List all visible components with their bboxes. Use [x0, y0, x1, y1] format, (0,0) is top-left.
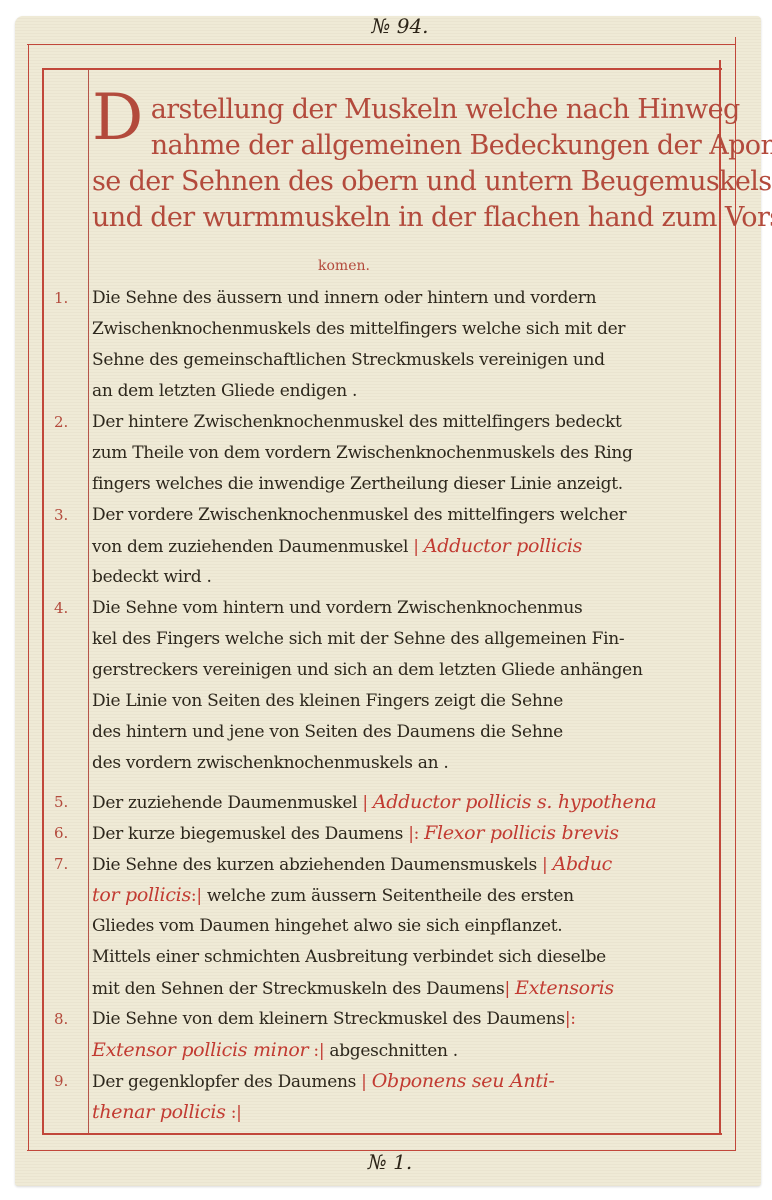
inner-frame-left: [42, 68, 44, 1134]
title-line: se der Sehnen des obern und untern Beuge…: [92, 164, 752, 200]
latin-term: Extensoris: [515, 977, 614, 999]
line-text: zum Theile von dem vordern Zwischenknoch…: [92, 443, 633, 463]
line-text: Der hintere Zwischenknochenmuskel des mi…: [92, 412, 622, 432]
latin-term: Abduc: [553, 853, 612, 875]
entry-line: an dem letzten Gliede endigen .: [92, 376, 357, 406]
divider-mark: :|: [313, 1041, 324, 1061]
line-text: Der kurze biegemuskel des Daumens: [92, 824, 403, 844]
entry-line: Die Sehne des äussern und innern oder hi…: [92, 283, 596, 313]
line-text: des hintern und jene von Seiten des Daum…: [92, 722, 563, 742]
latin-term: Adductor pollicis: [424, 535, 582, 557]
line-text: Mittels einer schmichten Ausbreitung ver…: [92, 947, 606, 967]
entry-number: 8.: [54, 1004, 80, 1034]
divider-mark: |:: [565, 1009, 576, 1029]
entry-line: zum Theile von dem vordern Zwischenknoch…: [92, 438, 633, 468]
line-text: fingers welches die inwendige Zertheilun…: [92, 474, 623, 494]
entry-number: 6.: [54, 818, 80, 848]
line-text: Der gegenklopfer des Daumens: [92, 1072, 356, 1092]
title-line: nahme der allgemeinen Bedeckungen der Ap…: [92, 128, 752, 164]
entry-line: Die Sehne vom hintern und vordern Zwisch…: [92, 593, 582, 623]
outer-frame-left: [28, 45, 29, 1151]
entry-number: 9.: [54, 1066, 80, 1096]
entry-line: von dem zuziehenden Daumenmuskel | Adduc…: [92, 531, 582, 561]
divider-mark: |: [413, 537, 418, 557]
entry-number: 7.: [54, 849, 80, 879]
title-line: arstellung der Muskeln welche nach Hinwe…: [92, 92, 752, 128]
line-text: abgeschnitten .: [329, 1041, 458, 1061]
entry-number: 5.: [54, 787, 80, 817]
line-text: welche zum äussern Seitentheile des erst…: [207, 886, 574, 906]
line-text: gerstreckers vereinigen und sich an dem …: [92, 660, 643, 680]
latin-term: tor pollicis: [92, 884, 191, 906]
divider-mark: |: [362, 793, 367, 813]
entry-line: des vordern zwischenknochenmuskels an .: [92, 748, 448, 778]
entry-line: tor pollicis:| welche zum äussern Seiten…: [92, 880, 574, 910]
latin-term: Extensor pollicis minor: [92, 1039, 308, 1061]
entry-line: Die Sehne des kurzen abziehenden Daumens…: [92, 849, 612, 879]
title-continuation: komen.: [318, 258, 370, 274]
entry-line: mit den Sehnen der Streckmuskeln des Dau…: [92, 973, 614, 1003]
entry-number: 1.: [54, 283, 80, 313]
entry-line: Der hintere Zwischenknochenmuskel des mi…: [92, 407, 622, 437]
page-title: D arstellung der Muskeln welche nach Hin…: [92, 92, 752, 236]
line-text: Zwischenknochenmuskels des mittelfingers…: [92, 319, 625, 339]
entry-number: 2.: [54, 407, 80, 437]
divider-mark: |:: [408, 824, 419, 844]
line-text: Gliedes vom Daumen hingehet alwo sie sic…: [92, 916, 562, 936]
line-text: mit den Sehnen der Streckmuskeln des Dau…: [92, 979, 504, 999]
latin-term: Flexor pollicis brevis: [424, 822, 619, 844]
entry-line: thenar pollicis :|: [92, 1097, 242, 1127]
entry-line: Der vordere Zwischenknochenmuskel des mi…: [92, 500, 626, 530]
divider-mark: |: [504, 979, 509, 999]
entry-line: bedeckt wird .: [92, 562, 212, 592]
entry-line: Der kurze biegemuskel des Daumens |: Fle…: [92, 818, 619, 848]
line-text: Der zuziehende Daumenmuskel: [92, 793, 357, 813]
divider-mark: |: [361, 1072, 366, 1092]
entry-line: Extensor pollicis minor :| abgeschnitten…: [92, 1035, 458, 1065]
title-initial: D: [92, 98, 143, 138]
folio-number: № 1.: [340, 1150, 440, 1174]
line-text: Die Sehne des kurzen abziehenden Daumens…: [92, 855, 537, 875]
title-line: und der wurmmuskeln in der flachen hand …: [92, 200, 752, 236]
entry-line: Mittels einer schmichten Ausbreitung ver…: [92, 942, 606, 972]
line-text: an dem letzten Gliede endigen .: [92, 381, 357, 401]
line-text: Sehne des gemeinschaftlichen Streckmuske…: [92, 350, 605, 370]
line-text: bedeckt wird .: [92, 567, 212, 587]
line-text: des vordern zwischenknochenmuskels an .: [92, 753, 448, 773]
entry-line: Der zuziehende Daumenmuskel | Adductor p…: [92, 787, 656, 817]
entry-number: 4.: [54, 593, 80, 623]
latin-term: thenar pollicis: [92, 1101, 226, 1123]
latin-term: Obponens seu Anti-: [372, 1070, 555, 1092]
entry-line: fingers welches die inwendige Zertheilun…: [92, 469, 623, 499]
entry-number: 3.: [54, 500, 80, 530]
divider-mark: |: [542, 855, 547, 875]
line-text: von dem zuziehenden Daumenmuskel: [92, 537, 408, 557]
entry-line: Zwischenknochenmuskels des mittelfingers…: [92, 314, 625, 344]
entry-line: Gliedes vom Daumen hingehet alwo sie sic…: [92, 911, 562, 941]
line-text: Die Sehne vom hintern und vordern Zwisch…: [92, 598, 582, 618]
line-text: kel des Fingers welche sich mit der Sehn…: [92, 629, 624, 649]
line-text: Der vordere Zwischenknochenmuskel des mi…: [92, 505, 626, 525]
line-text: Die Sehne des äussern und innern oder hi…: [92, 288, 596, 308]
outer-frame-top: [27, 44, 736, 45]
inner-frame-bottom: [42, 1133, 722, 1135]
divider-mark: :|: [191, 886, 202, 906]
page-number: № 94.: [340, 14, 460, 38]
entry-line: Sehne des gemeinschaftlichen Streckmuske…: [92, 345, 605, 375]
entry-line: kel des Fingers welche sich mit der Sehn…: [92, 624, 624, 654]
divider-mark: :|: [231, 1103, 242, 1123]
margin-rule: [88, 70, 89, 1133]
line-text: Die Sehne von dem kleinern Streckmuskel …: [92, 1009, 565, 1029]
entry-line: Die Linie von Seiten des kleinen Fingers…: [92, 686, 563, 716]
line-text: Die Linie von Seiten des kleinen Fingers…: [92, 691, 563, 711]
entry-line: Die Sehne von dem kleinern Streckmuskel …: [92, 1004, 576, 1034]
entry-line: gerstreckers vereinigen und sich an dem …: [92, 655, 643, 685]
latin-term: Adductor pollicis s. hypothena: [373, 791, 657, 813]
entry-line: Der gegenklopfer des Daumens | Obponens …: [92, 1066, 555, 1096]
entry-line: des hintern und jene von Seiten des Daum…: [92, 717, 563, 747]
inner-frame-top: [42, 68, 722, 70]
